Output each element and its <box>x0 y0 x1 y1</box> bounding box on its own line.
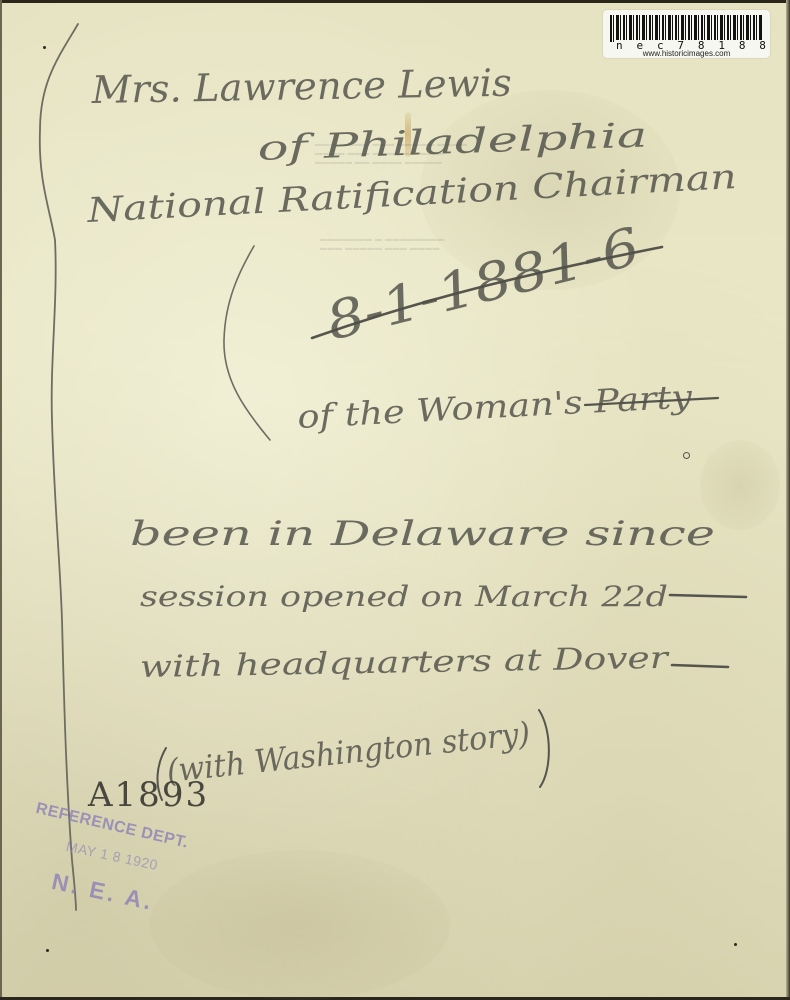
parenthesis-stroke <box>224 246 270 440</box>
margin-line <box>40 24 78 910</box>
dust-speck <box>46 949 49 952</box>
handwriting-line: Mrs. Lawrence Lewis <box>90 61 512 112</box>
dust-speck <box>43 46 46 49</box>
handwriting-line: session opened on March 22d <box>140 580 668 613</box>
reference-number: A1893 <box>88 775 209 815</box>
pencil-dot <box>683 452 690 459</box>
underline <box>670 595 746 597</box>
handwriting-line: with headquarters at Dover <box>140 641 671 685</box>
handwriting-line: been in Delaware since <box>130 514 715 554</box>
underline <box>672 665 728 667</box>
dust-speck <box>734 943 737 946</box>
handwriting-line: (with Washington story) <box>165 714 532 790</box>
handwriting-line: of the Woman's Party <box>296 377 694 436</box>
photo-back-paper: ▬▬▬ ▬▬▬▬ ▬▬▬ ▬▬▬▬▬ ▬▬▬▬▬▬▬▬ ▬▬▬ ▬▬▬▬▬▬ ▬… <box>0 0 790 1000</box>
handwriting-line: National Ratification Chairman <box>85 157 737 231</box>
handwriting-line-struck: 8-1-1881-6 <box>321 217 646 353</box>
closing-parenthesis <box>539 710 549 787</box>
handwriting-line: of Philadelphia <box>257 115 648 169</box>
